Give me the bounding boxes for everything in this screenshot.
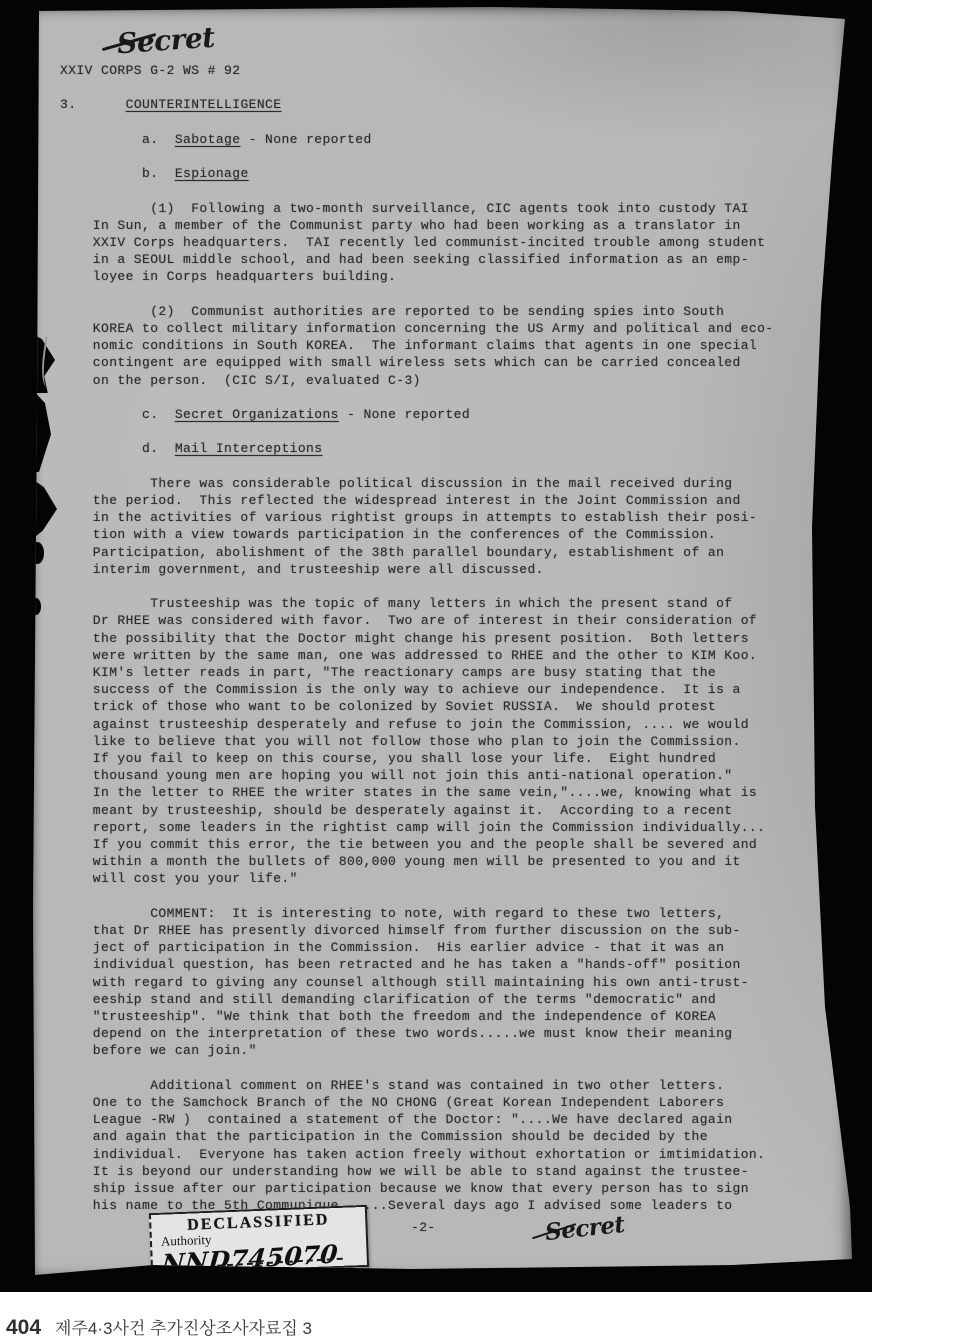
book-page: { "page": { "classification_handwritten_… [0,0,976,1336]
page-number: -2- [411,1220,436,1235]
torn-edge-artifact [31,478,57,540]
torn-edge-artifact [31,598,41,615]
torn-edge-artifact [31,542,44,564]
declassified-stamp: DECLASSIFIED AuthorityNND745070 [149,1205,369,1275]
torn-edge-artifact [31,388,51,472]
secret-handwritten-bottom: Secret [544,1211,626,1246]
document-page: Secret XXIV CORPS G-2 WS # 923. COUNTERI… [33,7,855,1281]
footer-caption: 404제주4·3사건 추가진상조사자료집 3 [6,1314,312,1336]
secret-handwritten-top: Secret [116,21,216,61]
caption-page-number: 404 [6,1316,41,1336]
scan-background: Secret XXIV CORPS G-2 WS # 923. COUNTERI… [0,0,872,1292]
typewritten-text: XXIV CORPS G-2 WS # 923. COUNTERINTELLIG… [60,62,774,1214]
caption-title: 제주4·3사건 추가진상조사자료집 3 [55,1319,312,1336]
